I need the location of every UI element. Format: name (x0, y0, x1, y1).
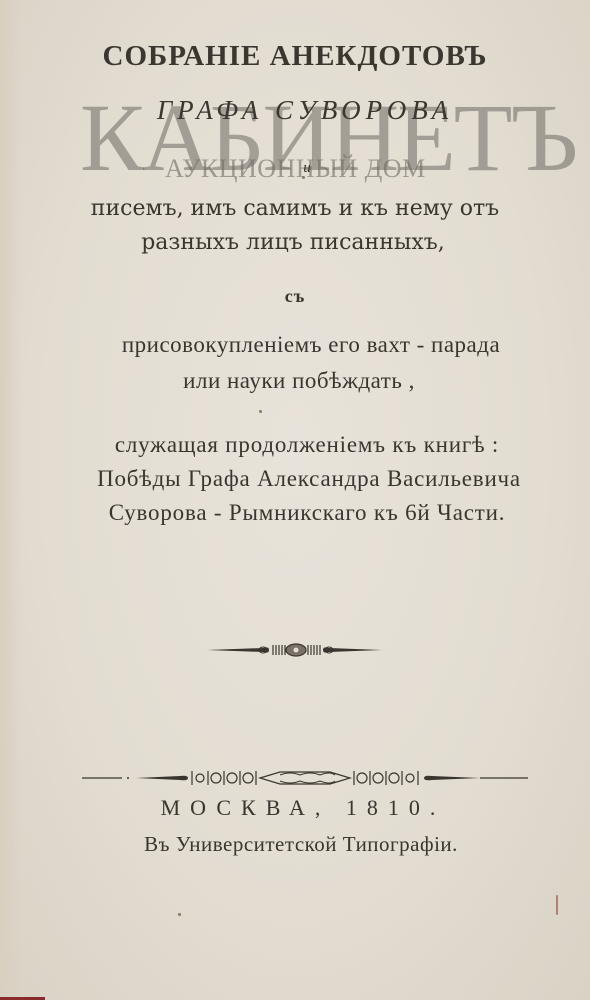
paper-speck (302, 176, 305, 179)
addition-line-1: присовокупленіемъ его вахт - парада (16, 332, 590, 358)
subtitle-line-2: разныхъ лицъ писанныхъ, (0, 230, 588, 255)
imprint-city-year: МОСКВА, 1810. (8, 795, 590, 821)
with-word: съ (0, 286, 590, 307)
continuation-line-1: служащая продолженіемъ къ книгѣ : (12, 432, 590, 458)
small-vignette-ornament-icon (205, 640, 385, 660)
paper-speck (259, 410, 262, 413)
title-page: КАБИНЕТЪ АУКЦИОННЫЙ ДОМ СОБРАНІЕ АНЕКДОТ… (0, 0, 590, 1000)
continuation-line-3: Суворова - Рымникскаго къ 6й Части. (12, 500, 590, 526)
paper-stain (556, 895, 558, 915)
paper-speck (178, 913, 181, 916)
title-line-1: СОБРАНІЕ АНЕКДОТОВЪ (0, 40, 590, 73)
typographic-rule-ornament-icon (80, 767, 530, 789)
title-conjunction: и (12, 160, 590, 177)
addition-line-2: или науки побѣждать , (4, 368, 590, 394)
subtitle-line-1: писемъ, имъ самимъ и къ нему отъ (0, 196, 590, 221)
imprint-press: Въ Университетской Типографіи. (6, 832, 590, 857)
continuation-line-2: Побѣды Графа Александра Васильевича (14, 466, 590, 492)
title-line-2: ГРАФА СУВОРОВА (10, 95, 590, 126)
